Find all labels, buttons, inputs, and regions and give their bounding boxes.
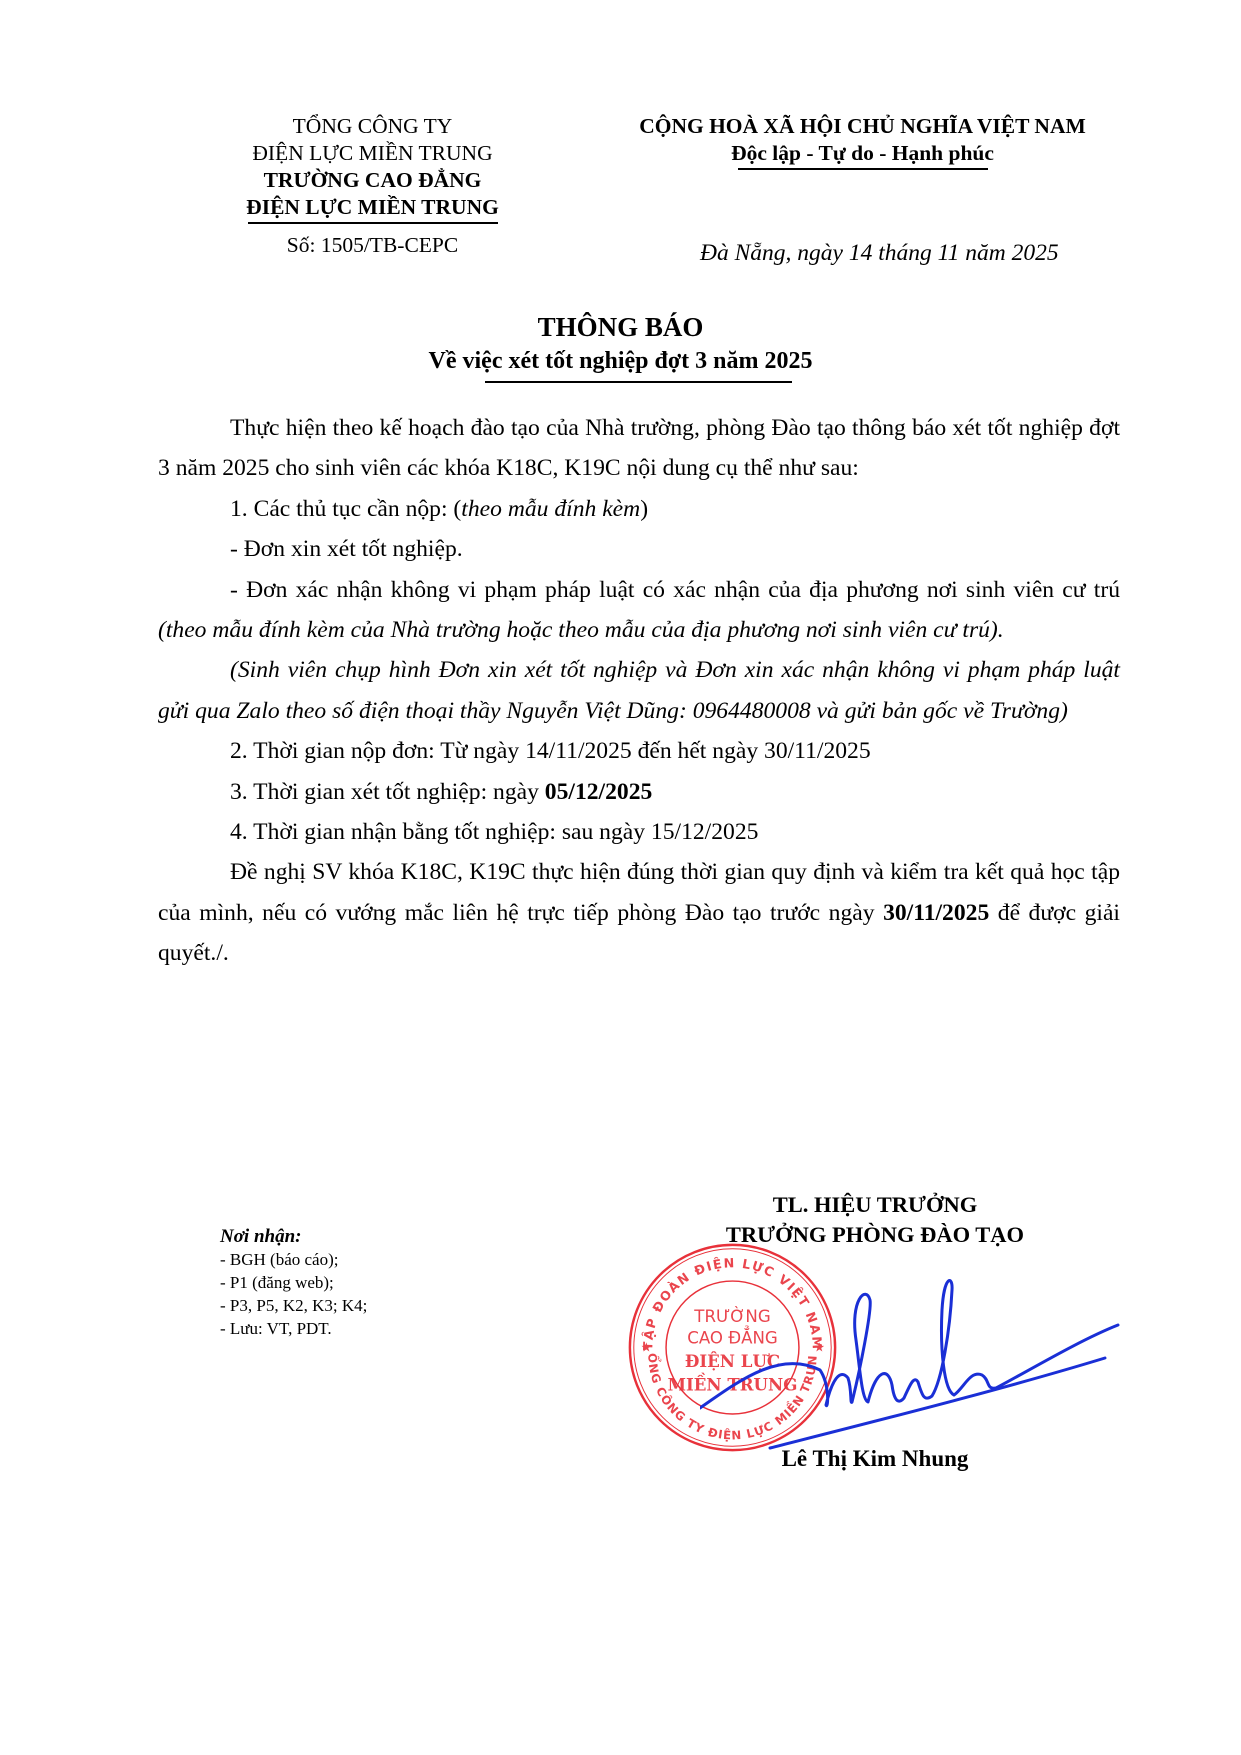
nation-name: CỘNG HOÀ XÃ HỘI CHỦ NGHĨA VIỆT NAM (585, 113, 1140, 140)
recipient-item: - P1 (đăng web); (220, 1271, 367, 1294)
signatory-name: Lê Thị Kim Nhung (640, 1446, 1110, 1472)
recipients-list: Nơi nhận: - BGH (báo cáo); - P1 (đăng we… (220, 1225, 367, 1340)
school-name-line2: ĐIỆN LỰC MIỀN TRUNG (200, 194, 545, 221)
item-2: 2. Thời gian nộp đơn: Từ ngày 14/11/2025… (158, 731, 1120, 771)
submission-note: (Sinh viên chụp hình Đơn xin xét tốt ngh… (158, 650, 1120, 731)
closing-paragraph: Đề nghị SV khóa K18C, K19C thực hiện đún… (158, 852, 1120, 973)
document-title: THÔNG BÁO (0, 312, 1241, 343)
recipients-heading: Nơi nhận: (220, 1225, 367, 1248)
recipient-item: - BGH (báo cáo); (220, 1248, 367, 1271)
document-body: Thực hiện theo kế hoạch đào tạo của Nhà … (158, 408, 1120, 974)
school-name-line1: TRƯỜNG CAO ĐẲNG (200, 167, 545, 194)
required-document-b: - Đơn xác nhận không vi phạm pháp luật c… (158, 570, 1120, 651)
parent-org-line1: TỔNG CÔNG TY (200, 113, 545, 140)
motto-underline (738, 168, 988, 170)
intro-paragraph: Thực hiện theo kế hoạch đào tạo của Nhà … (158, 408, 1120, 489)
signatory-title-line1: TL. HIỆU TRƯỞNG (640, 1190, 1110, 1220)
header-left-underline (248, 222, 498, 224)
recipient-item: - Lưu: VT, PDT. (220, 1317, 367, 1340)
required-document-a: - Đơn xin xét tốt nghiệp. (158, 529, 1120, 569)
signatory-title: TL. HIỆU TRƯỞNG TRƯỞNG PHÒNG ĐÀO TẠO (640, 1190, 1110, 1250)
item-4: 4. Thời gian nhận bằng tốt nghiệp: sau n… (158, 812, 1120, 852)
document-number: Số: 1505/TB-CEPC (200, 232, 545, 259)
signatory-title-line2: TRƯỞNG PHÒNG ĐÀO TẠO (640, 1220, 1110, 1250)
item-3: 3. Thời gian xét tốt nghiệp: ngày 05/12/… (158, 772, 1120, 812)
issuing-organization: TỔNG CÔNG TY ĐIỆN LỰC MIỀN TRUNG TRƯỜNG … (200, 113, 545, 259)
national-header: CỘNG HOÀ XÃ HỘI CHỦ NGHĨA VIỆT NAM Độc l… (585, 113, 1140, 170)
star-icon: ★ (641, 1339, 652, 1354)
handwritten-signature (700, 1270, 1120, 1450)
issue-date: Đà Nẵng, ngày 14 tháng 11 năm 2025 (700, 240, 1059, 267)
national-motto: Độc lập - Tự do - Hạnh phúc (585, 140, 1140, 167)
subtitle-underline (485, 381, 792, 383)
parent-org-line2: ĐIỆN LỰC MIỀN TRUNG (200, 140, 545, 167)
document-subtitle: Về việc xét tốt nghiệp đợt 3 năm 2025 (0, 348, 1241, 375)
item-1: 1. Các thủ tục cần nộp: (theo mẫu đính k… (158, 489, 1120, 529)
recipient-item: - P3, P5, K2, K3; K4; (220, 1294, 367, 1317)
